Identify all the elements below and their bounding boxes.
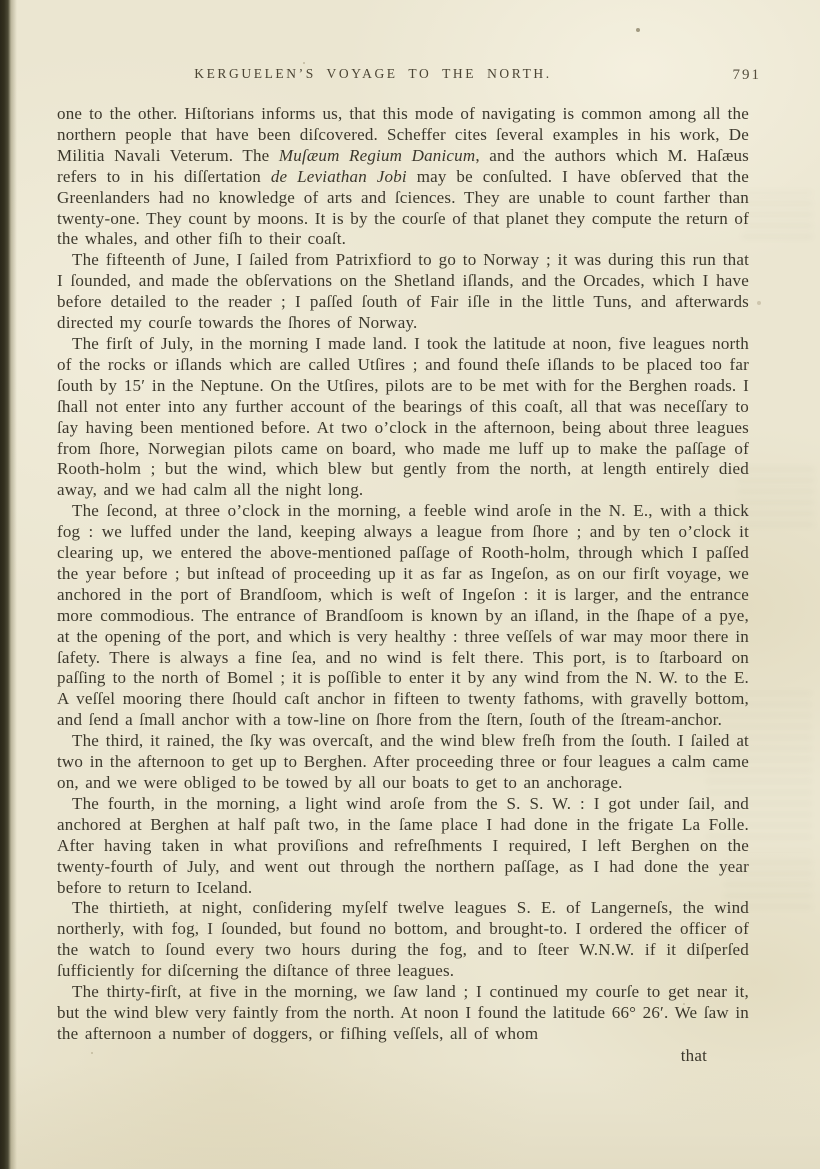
showthrough-smudge (738, 462, 814, 526)
paragraph: The fifteenth of June, I ſailed from Pat… (57, 250, 749, 334)
running-title: KERGUELEN’S VOYAGE TO THE NORTH. (57, 66, 689, 82)
paragraph: one to the other. Hiſtorians informs us,… (57, 104, 749, 250)
showthrough-smudge (742, 192, 812, 238)
scan-edge-shadow (0, 0, 18, 1169)
catchword-row: that (57, 1046, 749, 1067)
page-number: 791 (733, 67, 762, 84)
catchword: that (681, 1046, 707, 1065)
paragraph: The thirty-firſt, at five in the morning… (57, 982, 749, 1045)
paragraph: The fourth, in the morning, a light wind… (57, 794, 749, 899)
running-header: KERGUELEN’S VOYAGE TO THE NORTH. 791 (57, 66, 749, 88)
paragraph: The ſecond, at three o’clock in the morn… (57, 501, 749, 731)
book-page: { "page": { "header": { "running_title":… (0, 0, 820, 1169)
paragraph: The thirtieth, at night, conſidering myſ… (57, 898, 749, 982)
paragraph: The third, it rained, the ſky was overca… (57, 731, 749, 794)
paragraph: The firſt of July, in the morning I made… (57, 334, 749, 501)
body-text: one to the other. Hiſtorians informs us,… (57, 104, 749, 1067)
